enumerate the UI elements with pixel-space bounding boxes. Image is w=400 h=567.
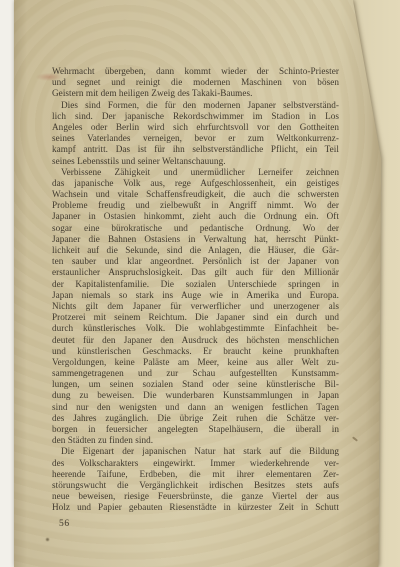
scan-speck <box>46 538 49 541</box>
text-line: sammengetragenen und zur Schau aufgestel… <box>52 368 339 379</box>
text-line: der Kapitalistenfamilie. Die sozialen Un… <box>52 279 339 290</box>
text-line: deutet für den Japaner den Ausdruck des … <box>52 335 339 346</box>
text-line: Japan niemals so stark ins Auge wie in A… <box>52 290 339 301</box>
text-line: Protzerei mit seinem Reichtum. Die Japan… <box>52 312 339 323</box>
text-line: Nichts gilt dem Japaner für verwerfliche… <box>52 301 339 312</box>
text-line: seines Vaterlandes verneigen, bevor er z… <box>52 133 339 144</box>
text-line: Angeles oder Berlin wird sich ehrfurchts… <box>52 122 339 133</box>
text-line: das japanische Volk aus, rege Aufgeschlo… <box>52 178 339 189</box>
text-line: borgen in feuersicher angelegten Stapelh… <box>52 424 339 435</box>
text-line: dung zu beweisen. Die wunderbaren Kunsts… <box>52 390 339 401</box>
text-line: lichkeit auf die Sekunde, sind die Anlag… <box>52 245 339 256</box>
text-line: lich sind. Der japanische Rekordschwimme… <box>52 111 339 122</box>
paragraph: Dies sind Formen, die für den modernen J… <box>52 100 339 167</box>
text-line: störungswucht die Vergänglichkeit irdisc… <box>52 480 339 491</box>
text-line: Wehrmacht übergeben, dann kommt wieder d… <box>52 66 339 77</box>
text-line: neue beweisen, riesige Feuersbrünste, di… <box>52 491 339 502</box>
text-line: des Jahres zugänglich. Die übrige Zeit r… <box>52 413 339 424</box>
paragraph: Verbissene Zähigkeit und unermüdlicher L… <box>52 167 339 447</box>
body-text: Wehrmacht übergeben, dann kommt wieder d… <box>52 66 339 514</box>
text-line: des Volkscharakters eingewirkt. Immer wi… <box>52 458 339 469</box>
text-line: erstaunlicher Anspruchslosigkeit. Das gi… <box>52 267 339 278</box>
text-line: Dies sind Formen, die für den modernen J… <box>52 100 339 111</box>
text-line: Wachsein und vitale Schaffensfreudigkeit… <box>52 189 339 200</box>
text-line: Japaner in Ostasien hinkommt, zieht auch… <box>52 211 339 222</box>
text-line: heerende Taifune, Erdbeben, die mit ihre… <box>52 469 339 480</box>
page-number: 56 <box>59 519 70 529</box>
text-line: seines Lebensstils und seiner Weltanscha… <box>52 156 339 167</box>
text-line: durch künstlerisches Volk. Die wohlabges… <box>52 323 339 334</box>
text-line: Holz und Papier gebauten Riesenstädte in… <box>52 502 339 513</box>
text-line: Vergoldungen, keine Paläste am Meer, kei… <box>52 357 339 368</box>
text-line: Die Eigenart der japanischen Natur hat s… <box>52 446 339 457</box>
text-line: Geistern mit dem heiligen Zweig des Taka… <box>52 88 339 99</box>
text-line: den Städten zu finden sind. <box>52 435 339 446</box>
scanned-book-page-photo: Wehrmacht übergeben, dann kommt wieder d… <box>0 0 400 567</box>
text-line: und künstlerischen Geschmacks. Er brauch… <box>52 346 339 357</box>
text-line: Probleme freudig und zielbewußt in Angri… <box>52 200 339 211</box>
text-line: sind nur den wenigsten und dann an wenig… <box>52 402 339 413</box>
text-line: Japaner die Bahnen Ostasiens in Verwaltu… <box>52 234 339 245</box>
paragraph: Die Eigenart der japanischen Natur hat s… <box>52 446 339 513</box>
text-line: und segnet und reinigt die modernen Masc… <box>52 77 339 88</box>
text-line: Verbissene Zähigkeit und unermüdlicher L… <box>52 167 339 178</box>
text-line: lungen, um seinen sozialen Stand oder se… <box>52 379 339 390</box>
text-line: kampf antritt. Das ist für ihn selbstver… <box>52 144 339 155</box>
text-line: ten sauber und klar angeordnet. Persönli… <box>52 256 339 267</box>
paragraph: Wehrmacht übergeben, dann kommt wieder d… <box>52 66 339 100</box>
text-line: sogar eine bürokratische und pedantische… <box>52 223 339 234</box>
